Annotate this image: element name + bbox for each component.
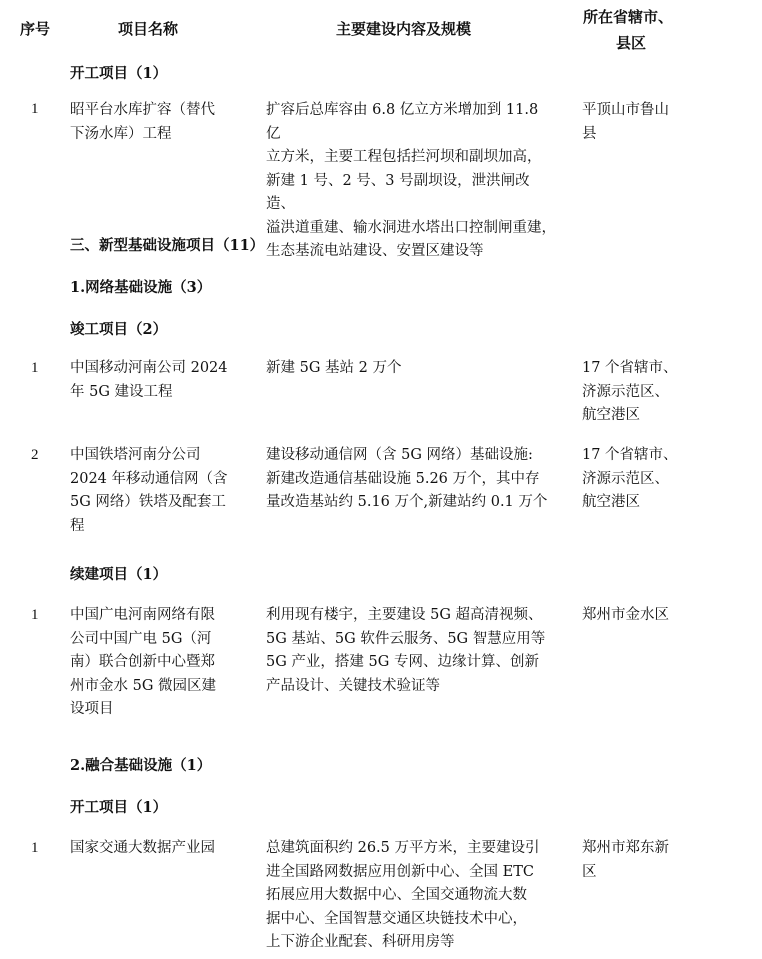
row-content: 建设移动通信网（含 5G 网络）基础设施: 新建改造通信基础设施 5.26 万个… <box>266 444 556 515</box>
row-project-name: 昭平台水库扩容（替代 下汤水库）工程 <box>70 99 240 146</box>
row-project-name: 中国移动河南公司 2024 年 5G 建设工程 <box>70 357 240 404</box>
row-project-name: 中国广电河南网络有限 公司中国广电 5G（河 南）联合创新中心暨郑 州市金水 5… <box>70 604 240 722</box>
row-no: 1 <box>31 607 39 624</box>
row-no: 1 <box>31 840 39 857</box>
row-location: 郑州市郑东新 区 <box>582 837 752 884</box>
row-content: 扩容后总库容由 6.8 亿立方米增加到 11.8 亿 立方米，主要工程包括拦河坝… <box>266 99 556 264</box>
row-location: 17 个省辖市、 济源示范区、 航空港区 <box>582 444 752 515</box>
header-no: 序号 <box>20 18 50 39</box>
header-project-name: 项目名称 <box>118 18 178 39</box>
group-heading-completed: 竣工项目（2） <box>70 318 167 339</box>
row-project-name: 国家交通大数据产业园 <box>70 837 240 861</box>
group-heading-continuing: 续建项目（1） <box>70 563 167 584</box>
row-no: 1 <box>31 101 39 118</box>
row-location: 17 个省辖市、 济源示范区、 航空港区 <box>582 357 752 428</box>
row-location: 郑州市金水区 <box>582 604 752 628</box>
header-location-line1: 所在省辖市、 <box>583 6 673 27</box>
row-no: 1 <box>31 360 39 377</box>
row-content: 利用现有楼宇，主要建设 5G 超高清视频、 5G 基站、5G 软件云服务、5G … <box>266 604 556 698</box>
row-content: 新建 5G 基站 2 万个 <box>266 357 556 381</box>
row-project-name: 中国铁塔河南分公司 2024 年移动通信网（含 5G 网络）铁塔及配套工 程 <box>70 444 240 538</box>
group-heading-started: 开工项目（1） <box>70 62 167 83</box>
group-heading-started-2: 开工项目（1） <box>70 796 167 817</box>
row-content: 总建筑面积约 26.5 万平方米，主要建设引 进全国路网数据应用创新中心、全国 … <box>266 837 556 955</box>
header-location-line2: 县区 <box>616 32 646 53</box>
row-location: 平顶山市鲁山 县 <box>582 99 752 146</box>
subsection-heading-fusion: 2.融合基础设施（1） <box>70 754 211 775</box>
section-heading-new-infrastructure: 三、新型基础设施项目（11） <box>70 234 264 255</box>
subsection-heading-network: 1.网络基础设施（3） <box>70 276 211 297</box>
row-no: 2 <box>31 447 39 464</box>
header-main-content: 主要建设内容及规模 <box>336 18 471 39</box>
